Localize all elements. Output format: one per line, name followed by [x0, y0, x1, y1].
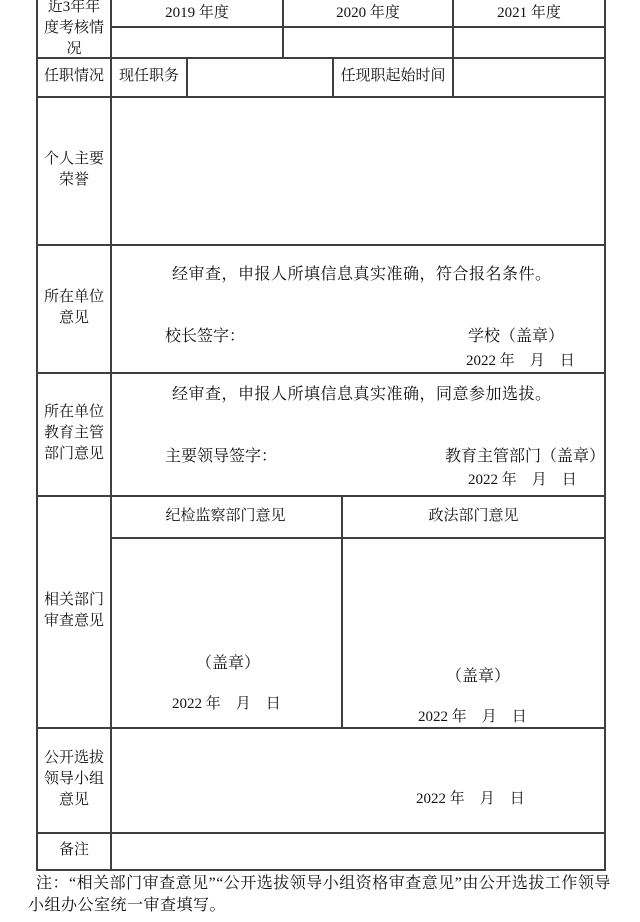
- unit-opinion-statement: 经审查，申报人所填信息真实准确，符合报名条件。: [172, 265, 552, 285]
- edu-dept-statement: 经审查，申报人所填信息真实准确，同意参加选拔。: [172, 385, 552, 405]
- discipline-date: 2022 年 月 日: [172, 694, 281, 714]
- edu-dept-opinion-date: 2022 年 月 日: [468, 470, 577, 490]
- selection-group-date: 2022 年 月 日: [416, 789, 525, 809]
- school-seal-label: 学校（盖章）: [468, 327, 564, 347]
- year-2020-header: 2020 年度: [284, 0, 452, 26]
- unit-opinion-date: 2022 年 月 日: [466, 351, 575, 371]
- year-2021-header: 2021 年度: [454, 0, 604, 26]
- selection-group-row-label: 公开选拔领导小组意见: [38, 727, 110, 832]
- label-column-divider-line: [110, 0, 112, 871]
- principal-signature-label: 校长签字：: [165, 327, 245, 347]
- row-divider-line: [36, 372, 606, 374]
- year-2019-header: 2019 年度: [112, 0, 282, 26]
- row-divider-line: [36, 727, 606, 729]
- legal-date: 2022 年 月 日: [418, 707, 527, 727]
- discipline-dept-header: 纪检监察部门意见: [112, 495, 339, 537]
- edu-dept-seal-label: 教育主管部门（盖章）: [445, 447, 605, 467]
- row-divider-line: [36, 96, 606, 98]
- legal-dept-header: 政法部门意见: [343, 495, 604, 537]
- footnote-text: 注：“相关部门审查意见”“公开选拔领导小组资格审查意见”由公开选拔工作领导小组办…: [28, 873, 616, 917]
- row-divider-line: [36, 244, 606, 246]
- legal-seal-label: （盖章）: [446, 667, 510, 687]
- dept-header-underline: [110, 537, 606, 539]
- row-divider-line: [36, 832, 606, 834]
- current-title-label: 现任职务: [112, 57, 186, 96]
- start-time-label: 任现职起始时间: [334, 57, 452, 96]
- discipline-seal-label: （盖章）: [196, 654, 260, 674]
- unit-opinion-row-label: 所在单位意见: [38, 244, 110, 372]
- table-bottom-border-line: [36, 869, 606, 871]
- edu-dept-opinion-row-label: 所在单位教育主管部门意见: [38, 372, 110, 495]
- table-right-border-line: [604, 0, 606, 871]
- application-form-page: 近3年年度考核情况 2019 年度 2020 年度 2021 年度 任职情况 现…: [0, 0, 640, 922]
- remarks-row-label: 备注: [38, 832, 110, 869]
- position-row-label: 任职情况: [38, 57, 110, 96]
- current-title-divider-line: [186, 57, 188, 98]
- assessment-row-label: 近3年年度考核情况: [38, 0, 110, 57]
- related-depts-row-label: 相关部门审查意见: [38, 495, 110, 727]
- honors-row-label: 个人主要荣誉: [38, 96, 110, 244]
- year-header-underline: [110, 26, 606, 28]
- leader-signature-label: 主要领导签字：: [165, 447, 277, 467]
